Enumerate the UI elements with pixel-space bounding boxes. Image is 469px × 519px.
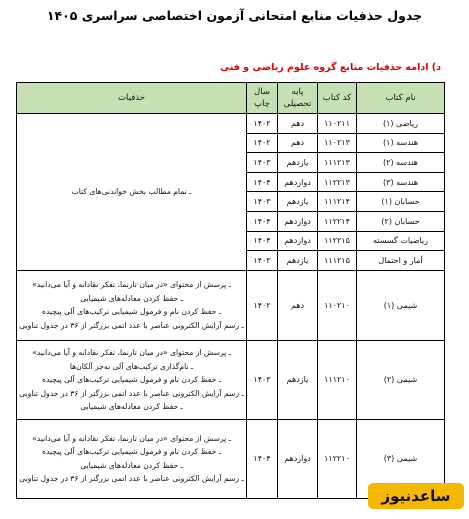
- print-year: ۱۴۰۲: [247, 270, 278, 340]
- print-year: ۱۴۰۲: [247, 114, 278, 134]
- page-title: جدول حذفیات منابع امتحانی آزمون اختصاصی …: [0, 8, 469, 23]
- deletion-item: حفظ کردن معادله‌های شیمیایی: [19, 400, 244, 414]
- book-code: ۱۱۲۲۱۵: [318, 231, 357, 251]
- watermark-logo: ساعدنیوز: [368, 483, 464, 509]
- deletion-item: نام‌گذاری ترکیب‌های آلی به‌جز آلکان‌ها: [19, 360, 244, 374]
- grade: دهم: [278, 133, 318, 153]
- print-year: ۱۴۰۳: [247, 153, 278, 173]
- section-subtitle: د) ادامه حذفیات منابع گروه علوم ریاضی و …: [220, 62, 441, 73]
- book-name: شیمی (۲): [357, 340, 445, 419]
- book-code: ۱۱۰۲۱۳: [318, 133, 357, 153]
- header-grade: پایه تحصیلی: [278, 83, 318, 114]
- header-book-name: نام کتاب: [357, 83, 445, 114]
- book-name: هندسه (۱): [357, 133, 445, 153]
- deletion-item: حفظ کردن نام و فرمول شیمیایی ترکیب‌های آ…: [19, 305, 244, 319]
- print-year: ۱۴۰۴: [247, 419, 278, 498]
- grade: یازدهم: [278, 153, 318, 173]
- deletion-item: حفظ کردن نام و فرمول شیمیایی ترکیب‌های آ…: [19, 445, 244, 459]
- book-code: ۱۱۰۲۱۱: [318, 114, 357, 134]
- deletion-item: حفظ کردن نام و فرمول شیمیایی ترکیب‌های آ…: [19, 373, 244, 387]
- grade: دوازدهم: [278, 231, 318, 251]
- deletion-item: حفظ کردن معادله‌های شیمیایی: [19, 292, 244, 306]
- grade: دوازدهم: [278, 211, 318, 231]
- deletions-cell: تمام مطالب بخش خواندنی‌های کتاب: [17, 114, 247, 271]
- print-year: ۱۴۰۲: [247, 133, 278, 153]
- grade: دوازدهم: [278, 419, 318, 498]
- grade: دهم: [278, 270, 318, 340]
- deletion-item: پرسش از محتوای «در میان تارنما، تفکر نقا…: [19, 278, 244, 292]
- book-code: ۱۱۰۲۱۰: [318, 270, 357, 340]
- print-year: ۱۴۰۴: [247, 231, 278, 251]
- book-name: ریاضی (۱): [357, 114, 445, 134]
- grade: دهم: [278, 114, 318, 134]
- deletions-cell: پرسش از محتوای «در میان تارنما، تفکر نقا…: [17, 340, 247, 419]
- print-year: ۱۴۰۳: [247, 340, 278, 419]
- book-code: ۱۱۲۲۱۳: [318, 172, 357, 192]
- header-deletions: حذفیات: [17, 83, 247, 114]
- header-print-year: سال چاپ: [247, 83, 278, 114]
- print-year: ۱۴۰۳: [247, 192, 278, 212]
- grade: یازدهم: [278, 340, 318, 419]
- deletion-item: رسم آرایش الکترونی عناصر با عدد اتمی بزر…: [19, 387, 244, 401]
- table-row: شیمی (۱) ۱۱۰۲۱۰ دهم ۱۴۰۲ پرسش از محتوای …: [17, 270, 445, 340]
- grade: یازدهم: [278, 251, 318, 271]
- book-code: ۱۱۲۲۱۴: [318, 211, 357, 231]
- deletions-table: نام کتاب کد کتاب پایه تحصیلی سال چاپ حذف…: [16, 82, 445, 499]
- deletion-item: پرسش از محتوای «در میان تارنما، تفکر نقا…: [19, 432, 244, 446]
- header-book-code: کد کتاب: [318, 83, 357, 114]
- table-row: ریاضی (۱) ۱۱۰۲۱۱ دهم ۱۴۰۲ تمام مطالب بخش…: [17, 114, 445, 134]
- book-name: هندسه (۳): [357, 172, 445, 192]
- book-code: ۱۱۱۲۱۳: [318, 153, 357, 173]
- deletion-item: پرسش از محتوای «در میان تارنما، تفکر نقا…: [19, 346, 244, 360]
- grade: یازدهم: [278, 192, 318, 212]
- deletions-cell: پرسش از محتوای «در میان تارنما، تفکر نقا…: [17, 419, 247, 498]
- print-year: ۱۴۰۴: [247, 172, 278, 192]
- print-year: ۱۴۰۳: [247, 251, 278, 271]
- book-name: حسابان (۱): [357, 192, 445, 212]
- book-name: آمار و احتمال: [357, 251, 445, 271]
- book-name: حسابان (۲): [357, 211, 445, 231]
- book-name: شیمی (۱): [357, 270, 445, 340]
- book-code: ۱۱۱۲۱۰: [318, 340, 357, 419]
- book-code: ۱۱۱۲۱۴: [318, 192, 357, 212]
- deletions-cell: پرسش از محتوای «در میان تارنما، تفکر نقا…: [17, 270, 247, 340]
- deletion-item: رسم آرایش الکترونی عناصر با عدد اتمی بزر…: [19, 319, 244, 333]
- grade: دوازدهم: [278, 172, 318, 192]
- table-header-row: نام کتاب کد کتاب پایه تحصیلی سال چاپ حذف…: [17, 83, 445, 114]
- book-code: ۱۱۱۲۱۵: [318, 251, 357, 271]
- print-year: ۱۴۰۴: [247, 211, 278, 231]
- table-row: شیمی (۲) ۱۱۱۲۱۰ یازدهم ۱۴۰۳ پرسش از محتو…: [17, 340, 445, 419]
- deletion-item: حفظ کردن معادله‌های شیمیایی: [19, 459, 244, 473]
- deletion-item: رسم آرایش الکترونی عناصر با عدد اتمی بزر…: [19, 472, 244, 486]
- book-name: ریاضیات گسسته: [357, 231, 445, 251]
- deletion-item: تمام مطالب بخش خواندنی‌های کتاب: [19, 185, 244, 199]
- book-code: ۱۱۲۲۱۰: [318, 419, 357, 498]
- book-name: هندسه (۲): [357, 153, 445, 173]
